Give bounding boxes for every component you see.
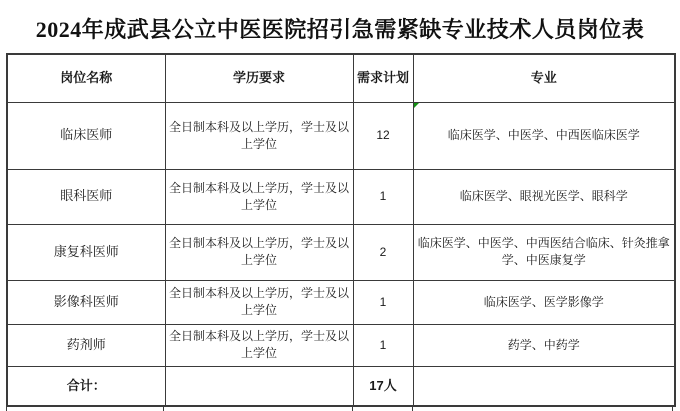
- education-requirement: 全日制本科及以上学历，学士及以上学位: [165, 280, 353, 324]
- header-majors: 专业: [413, 54, 675, 102]
- demand-count: 12: [353, 102, 413, 169]
- positions-table: 岗位名称 学历要求 需求计划 专业 临床医师 全日制本科及以上学历，学士及以上学…: [6, 53, 676, 407]
- cell-flag-icon: [414, 103, 419, 108]
- total-majors-empty: [413, 366, 675, 406]
- demand-count: 1: [353, 280, 413, 324]
- page-title: 2024年成武县公立中医医院招引急需紧缺专业技术人员岗位表: [0, 0, 680, 44]
- header-position: 岗位名称: [7, 54, 165, 102]
- table-row: 药剂师 全日制本科及以上学历，学士及以上学位 1 药学、中药学: [7, 324, 675, 366]
- position-name: 康复科医师: [7, 224, 165, 280]
- position-name: 影像科医师: [7, 280, 165, 324]
- majors-cell: 临床医学、眼视光医学、眼科学: [413, 169, 675, 224]
- table-cutoff-border-stub: [163, 405, 164, 411]
- table-header-row: 岗位名称 学历要求 需求计划 专业: [7, 54, 675, 102]
- majors-text: 临床医学、中医学、中西医临床医学: [448, 128, 640, 142]
- total-label: 合计：: [7, 366, 165, 406]
- education-requirement: 全日制本科及以上学历，学士及以上学位: [165, 102, 353, 169]
- demand-count: 1: [353, 324, 413, 366]
- education-requirement: 全日制本科及以上学历，学士及以上学位: [165, 324, 353, 366]
- majors-cell: 药学、中药学: [413, 324, 675, 366]
- demand-count: 1: [353, 169, 413, 224]
- demand-count: 2: [353, 224, 413, 280]
- header-count: 需求计划: [353, 54, 413, 102]
- header-education: 学历要求: [165, 54, 353, 102]
- total-education-empty: [165, 366, 353, 406]
- majors-cell: 临床医学、中医学、中西医临床医学: [413, 102, 675, 169]
- table-cutoff-border-stub: [352, 405, 353, 411]
- table-row: 临床医师 全日制本科及以上学历，学士及以上学位 12 临床医学、中医学、中西医临…: [7, 102, 675, 169]
- majors-cell: 临床医学、医学影像学: [413, 280, 675, 324]
- total-row: 合计： 17人: [7, 366, 675, 406]
- position-name: 临床医师: [7, 102, 165, 169]
- majors-cell: 临床医学、中医学、中西医结合临床、针灸推拿学、中医康复学: [413, 224, 675, 280]
- position-name: 药剂师: [7, 324, 165, 366]
- table-row: 眼科医师 全日制本科及以上学历，学士及以上学位 1 临床医学、眼视光医学、眼科学: [7, 169, 675, 224]
- table-row: 康复科医师 全日制本科及以上学历，学士及以上学位 2 临床医学、中医学、中西医结…: [7, 224, 675, 280]
- table-cutoff-border-stub: [412, 405, 413, 411]
- education-requirement: 全日制本科及以上学历，学士及以上学位: [165, 169, 353, 224]
- education-requirement: 全日制本科及以上学历，学士及以上学位: [165, 224, 353, 280]
- table-cutoff-border-stub: [672, 405, 673, 411]
- position-name: 眼科医师: [7, 169, 165, 224]
- table-cutoff-border-stub: [6, 405, 7, 411]
- total-count: 17人: [353, 366, 413, 406]
- table-row: 影像科医师 全日制本科及以上学历，学士及以上学位 1 临床医学、医学影像学: [7, 280, 675, 324]
